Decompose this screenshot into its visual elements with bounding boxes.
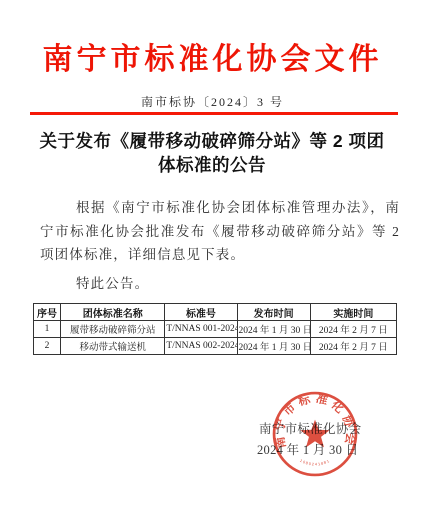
cell-serial: 2 — [34, 338, 61, 355]
header-implement-date: 实施时间 — [310, 304, 396, 321]
red-divider-rule — [30, 112, 398, 115]
table-row: 1 履带移动破碎筛分站 T/NNAS 001-2024 2024 年 1 月 3… — [34, 321, 397, 338]
standards-table: 序号 团体标准名称 标准号 发布时间 实施时间 1 履带移动破碎筛分站 T/NN… — [33, 303, 397, 355]
cell-standard-name: 移动带式输送机 — [61, 338, 165, 355]
document-page: 南宁市标准化协会文件 南市标协〔2024〕3 号 关于发布《履带移动破碎筛分站》… — [0, 0, 425, 510]
closing-line: 特此公告。 — [40, 272, 425, 296]
official-seal-stamp: 南宁市标准化协会 1080241881 — [270, 389, 360, 479]
cell-standard-name: 履带移动破碎筛分站 — [61, 321, 165, 338]
cell-publish-date: 2024 年 1 月 30 日 — [237, 338, 310, 355]
table-header-row: 序号 团体标准名称 标准号 发布时间 实施时间 — [34, 304, 397, 321]
svg-text:1080241881: 1080241881 — [299, 459, 331, 467]
org-banner-title: 南宁市标准化协会文件 — [0, 34, 425, 78]
header-standard-name: 团体标准名称 — [61, 304, 165, 321]
header-standard-code: 标准号 — [165, 304, 237, 321]
header-publish-date: 发布时间 — [237, 304, 310, 321]
document-number: 南市标协〔2024〕3 号 — [0, 93, 425, 110]
cell-implement-date: 2024 年 2 月 7 日 — [310, 321, 396, 338]
cell-standard-code: T/NNAS 001-2024 — [165, 321, 237, 338]
cell-standard-code: T/NNAS 002-2024 — [165, 338, 237, 355]
header-serial-number: 序号 — [34, 304, 61, 321]
cell-publish-date: 2024 年 1 月 30 日 — [237, 321, 310, 338]
cell-implement-date: 2024 年 2 月 7 日 — [310, 338, 396, 355]
seal-registration-code: 1080241881 — [299, 459, 331, 467]
cell-serial: 1 — [34, 321, 61, 338]
announcement-title: 关于发布《履带移动破碎筛分站》等 2 项团体标准的公告 — [36, 129, 388, 177]
seal-star-icon — [300, 420, 329, 448]
body-paragraph: 根据《南宁市标准化协会团体标准管理办法》，南宁市标准化协会批准发布《履带移动破碎… — [40, 196, 400, 267]
table-row: 2 移动带式输送机 T/NNAS 002-2024 2024 年 1 月 30 … — [34, 338, 397, 355]
